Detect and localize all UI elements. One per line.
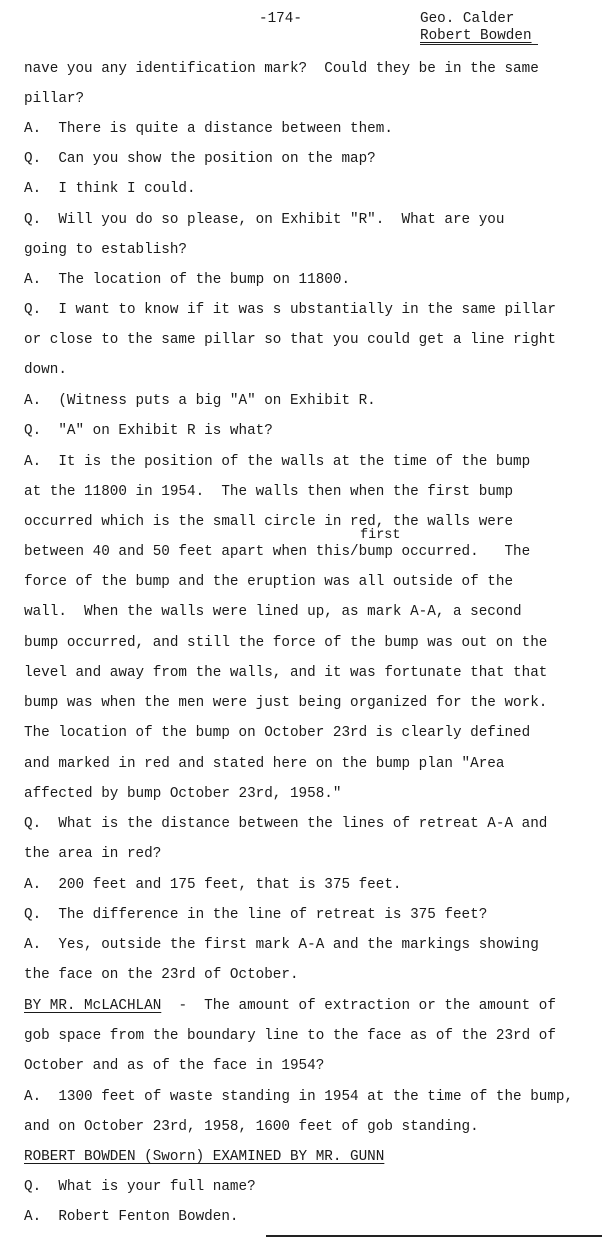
- transcript-line: ROBERT BOWDEN (Sworn) EXAMINED BY MR. GU…: [24, 1148, 384, 1166]
- line-text: bump was when the men were just being or…: [24, 695, 547, 711]
- transcript-line: at the 11800 in 1954. The walls then whe…: [24, 483, 513, 501]
- transcript-line: bump was when the men were just being or…: [24, 694, 547, 712]
- line-text: Q. The difference in the line of retreat…: [24, 907, 487, 923]
- transcript-line: A. (Witness puts a big "A" on Exhibit R.: [24, 392, 376, 410]
- line-text: down.: [24, 362, 67, 378]
- transcript-line: Q. What is your full name?: [24, 1178, 256, 1196]
- transcript-line: A. It is the position of the walls at th…: [24, 453, 530, 471]
- transcript-line: gob space from the boundary line to the …: [24, 1027, 556, 1045]
- line-text: Q. I want to know if it was s ubstantial…: [24, 302, 556, 318]
- transcript-line: A. 1300 feet of waste standing in 1954 a…: [24, 1088, 573, 1106]
- witness-header: Geo. Calder Robert Bowden: [420, 11, 538, 45]
- line-text: A. 200 feet and 175 feet, that is 375 fe…: [24, 877, 402, 893]
- transcript-line: going to establish?: [24, 241, 187, 259]
- line-text: occurred which is the small circle in re…: [24, 514, 513, 530]
- transcript-line: level and away from the walls, and it wa…: [24, 664, 547, 682]
- line-text: The location of the bump on October 23rd…: [24, 725, 530, 741]
- transcript-line: affected by bump October 23rd, 1958.": [24, 785, 341, 803]
- transcript-line: A. I think I could.: [24, 180, 196, 198]
- witness-name-2: Robert Bowden: [420, 28, 538, 45]
- line-text: - The amount of extraction or the amount…: [161, 998, 556, 1014]
- transcript-line: and marked in red and stated here on the…: [24, 755, 504, 773]
- line-text: affected by bump October 23rd, 1958.": [24, 786, 341, 802]
- transcript-line: Q. Will you do so please, on Exhibit "R"…: [24, 211, 504, 229]
- page-number: -174-: [259, 11, 302, 27]
- line-text: or close to the same pillar so that you …: [24, 332, 556, 348]
- transcript-line: Q. "A" on Exhibit R is what?: [24, 422, 273, 440]
- line-text: and on October 23rd, 1958, 1600 feet of …: [24, 1119, 479, 1135]
- line-text: wall. When the walls were lined up, as m…: [24, 604, 522, 620]
- transcript-line: the area in red?: [24, 845, 161, 863]
- transcript-line: The location of the bump on October 23rd…: [24, 724, 530, 742]
- transcript-line: and on October 23rd, 1958, 1600 feet of …: [24, 1118, 479, 1136]
- line-text: Q. What is the distance between the line…: [24, 816, 547, 832]
- line-text: Q. What is your full name?: [24, 1179, 256, 1195]
- transcript-line: October and as of the face in 1954?: [24, 1057, 324, 1075]
- line-text: A. I think I could.: [24, 181, 196, 197]
- line-text: October and as of the face in 1954?: [24, 1058, 324, 1074]
- transcript-line: BY MR. McLACHLAN - The amount of extract…: [24, 997, 556, 1015]
- line-text: A. The location of the bump on 11800.: [24, 272, 350, 288]
- line-text: nave you any identification mark? Could …: [24, 61, 539, 77]
- interlinear-insert: first: [360, 528, 401, 543]
- examiner-heading: BY MR. McLACHLAN: [24, 998, 161, 1014]
- transcript-line: A. Robert Fenton Bowden.: [24, 1208, 239, 1226]
- line-text: at the 11800 in 1954. The walls then whe…: [24, 484, 513, 500]
- transcript-line: wall. When the walls were lined up, as m…: [24, 603, 522, 621]
- transcript-line: nave you any identification mark? Could …: [24, 60, 539, 78]
- transcript-line: Q. What is the distance between the line…: [24, 815, 547, 833]
- line-text: the face on the 23rd of October.: [24, 967, 299, 983]
- transcript-line: pillar?: [24, 90, 84, 108]
- transcript-line: A. The location of the bump on 11800.: [24, 271, 350, 289]
- transcript-line: occurred which is the small circle in re…: [24, 513, 513, 531]
- line-text: bump occurred, and still the force of th…: [24, 635, 547, 651]
- transcript-line: between 40 and 50 feet apart when this/b…: [24, 543, 530, 561]
- transcript-line: Q. The difference in the line of retreat…: [24, 906, 487, 924]
- examiner-heading: ROBERT BOWDEN (Sworn) EXAMINED BY MR. GU…: [24, 1149, 384, 1165]
- transcript-line: the face on the 23rd of October.: [24, 966, 299, 984]
- line-text: and marked in red and stated here on the…: [24, 756, 504, 772]
- transcript-line: Q. Can you show the position on the map?: [24, 150, 376, 168]
- line-text: A. It is the position of the walls at th…: [24, 454, 530, 470]
- bottom-rule: [266, 1235, 602, 1237]
- line-text: A. Robert Fenton Bowden.: [24, 1209, 239, 1225]
- line-text: force of the bump and the eruption was a…: [24, 574, 513, 590]
- line-text: A. 1300 feet of waste standing in 1954 a…: [24, 1089, 573, 1105]
- transcript-line: A. Yes, outside the first mark A-A and t…: [24, 936, 539, 954]
- line-text: A. (Witness puts a big "A" on Exhibit R.: [24, 393, 376, 409]
- line-text: Q. "A" on Exhibit R is what?: [24, 423, 273, 439]
- transcript-line: A. There is quite a distance between the…: [24, 120, 393, 138]
- transcript-line: force of the bump and the eruption was a…: [24, 573, 513, 591]
- line-text: the area in red?: [24, 846, 161, 862]
- line-text: going to establish?: [24, 242, 187, 258]
- transcript-line: bump occurred, and still the force of th…: [24, 634, 547, 652]
- line-text: level and away from the walls, and it wa…: [24, 665, 547, 681]
- witness-name-1: Geo. Calder: [420, 11, 538, 28]
- line-text: Q. Will you do so please, on Exhibit "R"…: [24, 212, 504, 228]
- line-text: between 40 and 50 feet apart when this/b…: [24, 544, 530, 560]
- line-text: Q. Can you show the position on the map?: [24, 151, 376, 167]
- line-text: A. Yes, outside the first mark A-A and t…: [24, 937, 539, 953]
- transcript-line: Q. I want to know if it was s ubstantial…: [24, 301, 556, 319]
- transcript-line: down.: [24, 361, 67, 379]
- line-text: A. There is quite a distance between the…: [24, 121, 393, 137]
- transcript-line: or close to the same pillar so that you …: [24, 331, 556, 349]
- line-text: gob space from the boundary line to the …: [24, 1028, 556, 1044]
- line-text: pillar?: [24, 91, 84, 107]
- transcript-line: A. 200 feet and 175 feet, that is 375 fe…: [24, 876, 402, 894]
